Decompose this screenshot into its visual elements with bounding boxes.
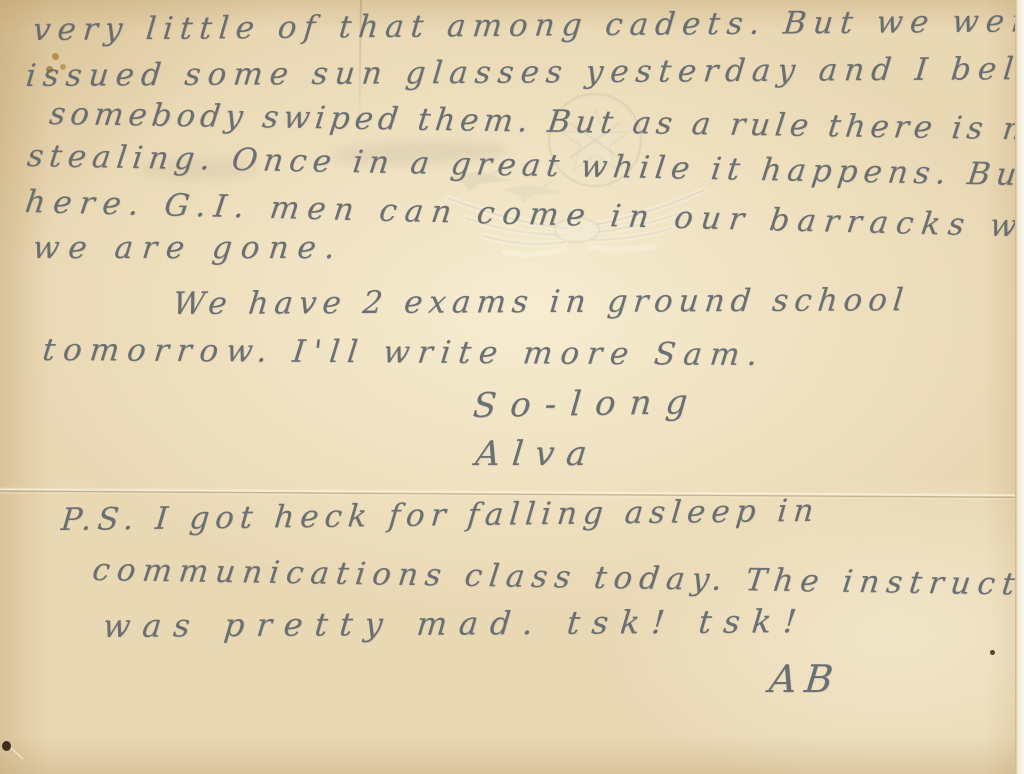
handwriting-line-2: issued some sun glasses yesterday and I … bbox=[24, 48, 1024, 96]
postscript-line-3: was pretty mad. tsk! tsk! bbox=[101, 601, 810, 648]
scratch-mark bbox=[11, 748, 24, 759]
scanned-letter: very little of that among cadets. But we… bbox=[0, 0, 1024, 774]
postscript-initials: AB bbox=[767, 655, 844, 704]
handwriting-line-7: We have 2 exams in ground school bbox=[171, 280, 911, 324]
letter-paper: very little of that among cadets. But we… bbox=[0, 0, 1015, 774]
closing-so-long: So-long bbox=[471, 380, 703, 428]
ink-speck bbox=[990, 650, 995, 655]
handwriting-line-1: very little of that among cadets. But we… bbox=[31, 1, 1024, 50]
handwriting-line-6: we are gone. bbox=[31, 228, 346, 268]
postscript-line-2: communications class today. The instruct… bbox=[90, 550, 1024, 606]
ink-speck bbox=[2, 741, 11, 751]
handwriting-line-8: tomorrow. I'll write more Sam. bbox=[40, 330, 767, 375]
scanner-background-edge bbox=[1015, 0, 1024, 774]
signature-alva: Alva bbox=[473, 432, 601, 476]
postscript-line-1: P.S. I got heck for falling asleep in bbox=[59, 491, 821, 541]
